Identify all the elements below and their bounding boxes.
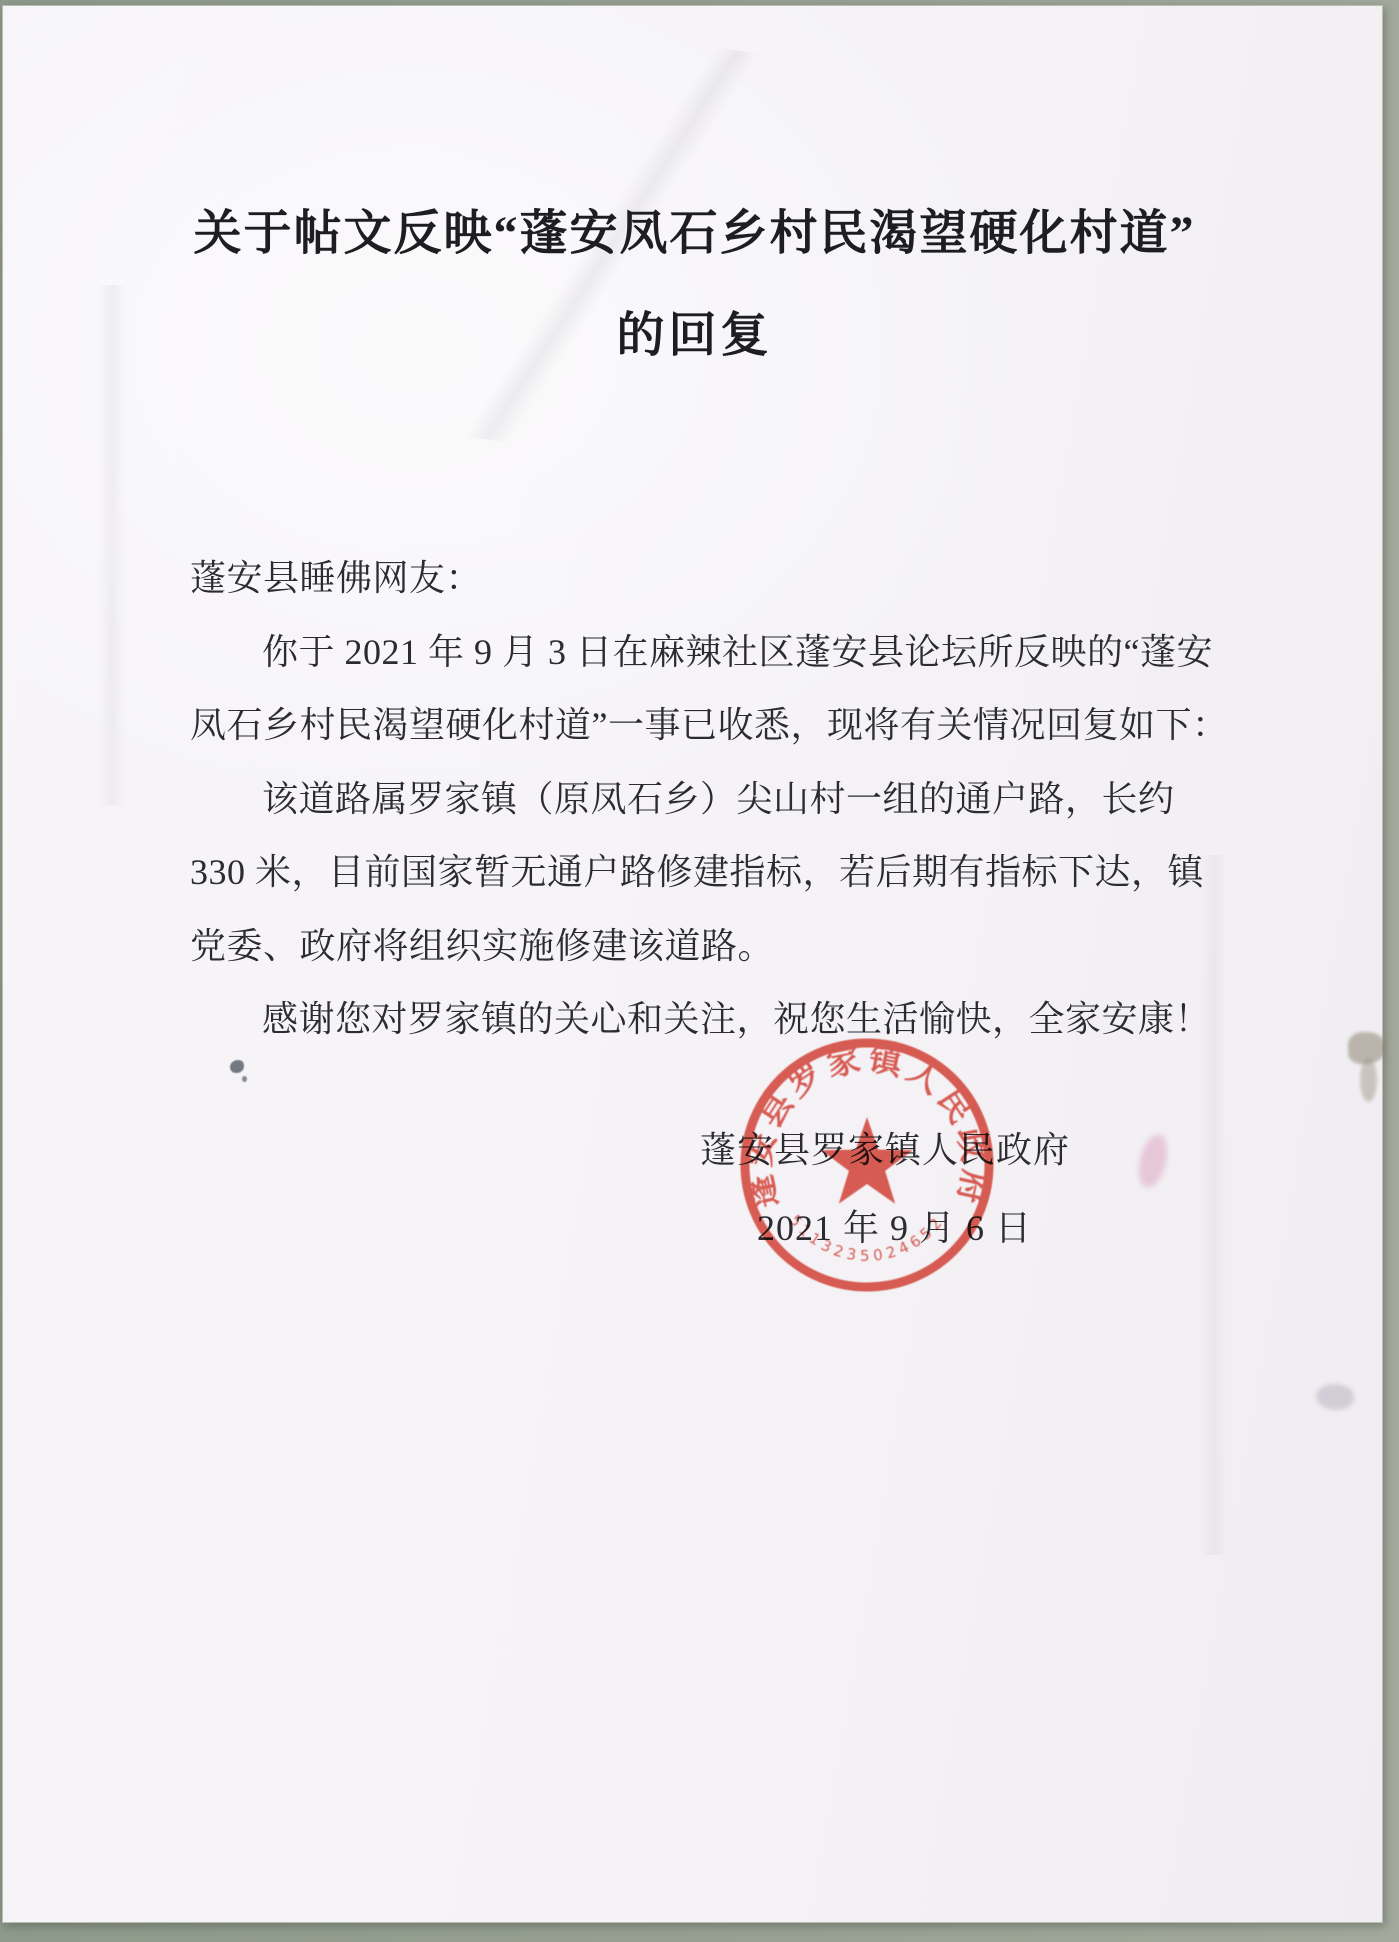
brown-stain [1348,1032,1386,1064]
scanned-letter: { "document": { "title_line1": "关于帖文反映“蓬… [0,0,1399,1942]
seal-star-icon [821,1117,912,1204]
official-seal: 蓬安县罗家镇人民政府 5113235024652 [727,1025,1007,1305]
seal-code: 5113235024652 [786,1211,948,1264]
brown-stain-tail [1360,1058,1377,1102]
page-title-line2: 的回复 [110,312,1279,360]
salutation: 蓬安县睡佛网友： [190,542,1275,616]
ink-speck-mark [230,1060,244,1073]
pink-smudge [1134,1132,1172,1191]
faint-stain [1316,1384,1354,1410]
body-line: 党委、政府将组织实施修建该道路。 [190,910,1275,984]
body-line: 该道路属罗家镇（原凤石乡）尖山村一组的通户路，长约 [190,763,1275,837]
page-title-line1: 关于帖文反映“蓬安凤石乡村民渴望硬化村道” [110,210,1279,258]
ink-speck-dot [242,1076,247,1082]
body-line: 你于 2021 年 9 月 3 日在麻辣社区蓬安县论坛所反映的“蓬安 [190,616,1275,690]
letter-body: 蓬安县睡佛网友： 你于 2021 年 9 月 3 日在麻辣社区蓬安县论坛所反映的… [190,542,1275,1057]
body-line: 330 米，目前国家暂无通户路修建指标，若后期有指标下达，镇 [190,836,1275,910]
body-line: 凤石乡村民渴望硬化村道”一事已收悉，现将有关情况回复如下： [190,689,1275,763]
svg-text:5113235024652: 5113235024652 [786,1211,948,1264]
letter-document: 关于帖文反映“蓬安凤石乡村民渴望硬化村道” 的回复 蓬安县睡佛网友： 你于 20… [0,0,1399,1942]
